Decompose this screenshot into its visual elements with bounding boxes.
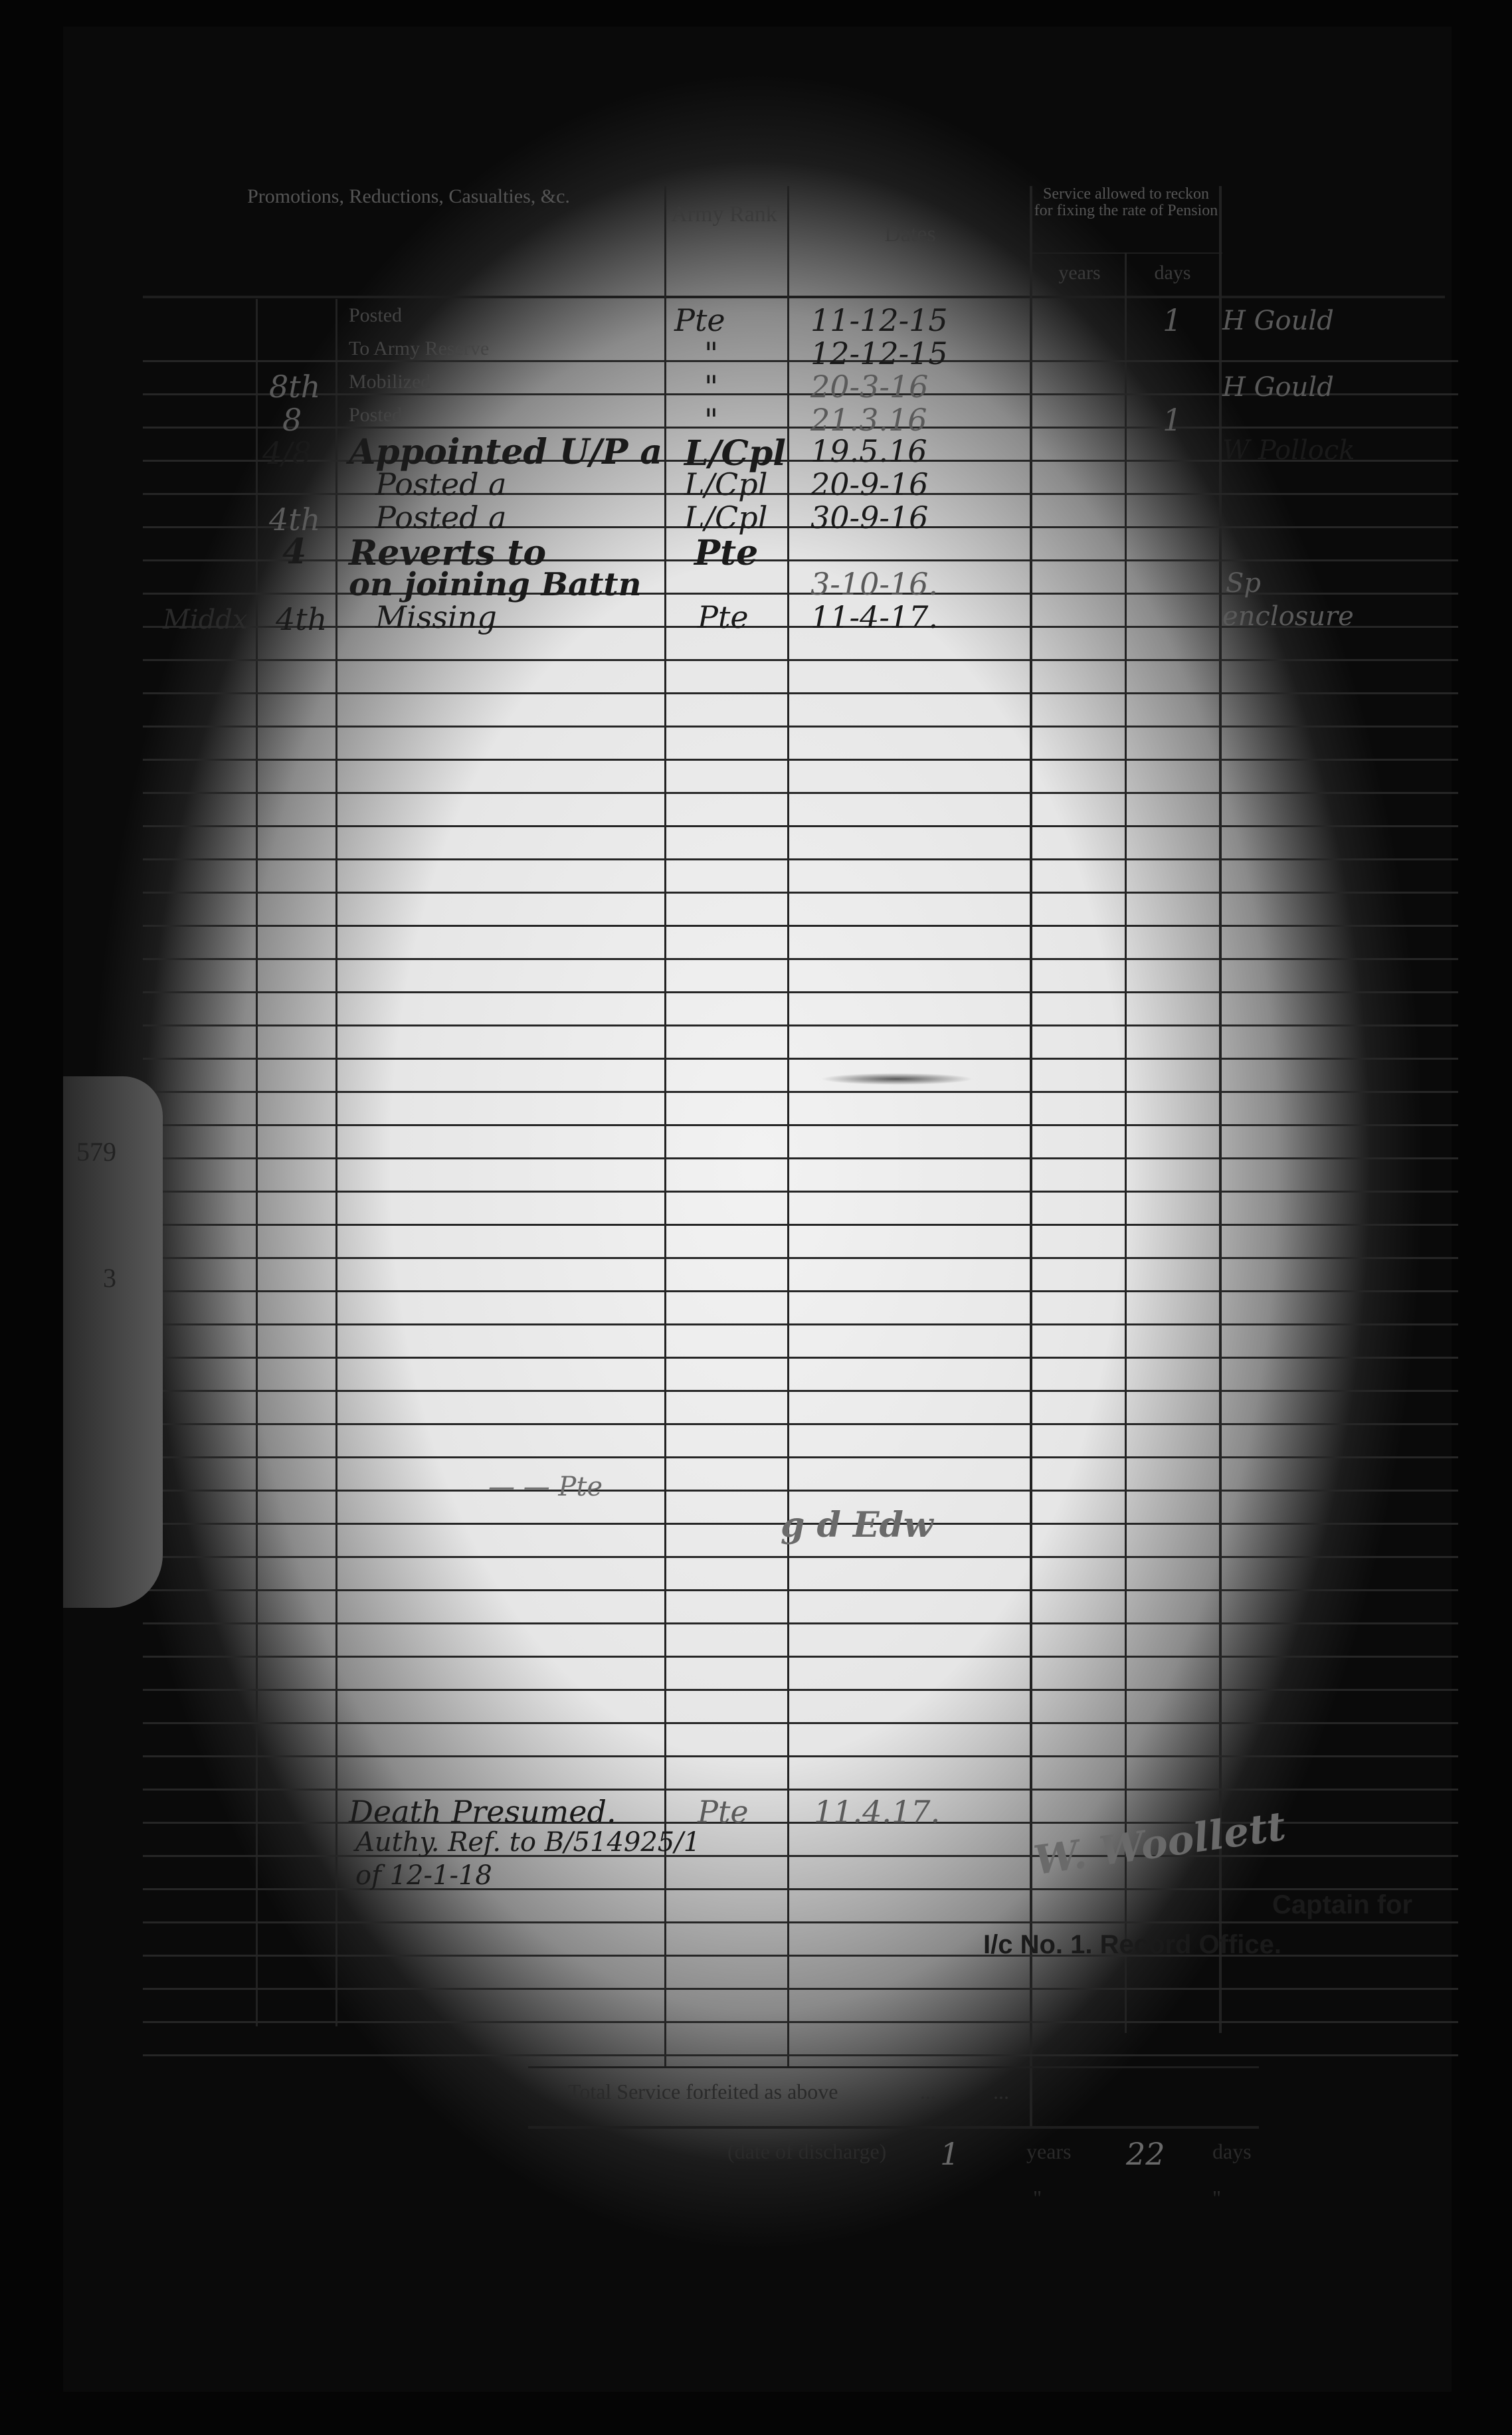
ink-smudge [820, 1073, 973, 1085]
header-years: years [1033, 262, 1126, 284]
entry-6-event: Posted a [375, 466, 507, 502]
entry-2-printed: To Army Reserve [349, 338, 489, 360]
discharge-label: (date of discharge) [727, 2139, 886, 2164]
entry-4-rank: " [704, 402, 718, 438]
entry-5-unit: 4/8 [262, 435, 312, 471]
entry-7-rank: L/Cpl [684, 500, 767, 536]
entry-10-date: 11-4-17. [810, 599, 938, 635]
header-event: Promotions, Reductions, Casualties, &c. [149, 186, 668, 207]
forfeited-dots-2: ... [993, 2080, 1009, 2104]
footer-rule-2 [528, 2126, 1259, 2129]
entry-10-unit: 4th [276, 601, 327, 637]
entry-4-days: 1 [1163, 402, 1182, 438]
entry-10-rank: Pte [698, 599, 749, 635]
entry-3-date: 20-3-16 [810, 369, 928, 405]
header-rank: Army Rank [664, 203, 784, 227]
entry-1-printed: Posted [349, 304, 402, 327]
faint-entry-left: — — Pte [488, 1472, 603, 1502]
margin-stamp-2: 3 [103, 1262, 116, 1294]
entry-8-unit: 4 [282, 532, 306, 572]
entry-7-event: Posted a [375, 500, 507, 536]
header-dates: Dates [791, 223, 1030, 246]
entry-3-signature: H Gould [1222, 372, 1334, 403]
entry-7-date: 30-9-16 [810, 500, 928, 536]
entry-3-rank: " [704, 369, 718, 405]
discharge-days-value: 22 [1126, 2136, 1165, 2172]
entry-2-rank: " [704, 336, 718, 371]
header-service-allowed: Service allowed to reckon for fixing the… [1033, 186, 1219, 219]
death-rank: Pte [698, 1794, 749, 1830]
entry-10-signature: enclosure [1222, 601, 1354, 632]
footer-rule-1 [528, 2066, 1259, 2068]
entry-1-rank: Pte [674, 302, 725, 338]
entry-4-date: 21.3.16 [810, 402, 927, 438]
death-event-line1: Death Presumed. [349, 1794, 616, 1830]
death-event-line3: of 12-1-18 [355, 1860, 492, 1891]
margin-stamp: 579 [76, 1136, 116, 1167]
entry-9-signature: Sp [1226, 568, 1261, 599]
service-record-page: Promotions, Reductions, Casualties, &c. … [63, 27, 1452, 2392]
death-date: 11.4.17. [814, 1794, 940, 1830]
discharge-years-value: 1 [940, 2136, 959, 2172]
forfeited-label: Total Service forfeited as above [568, 2080, 838, 2104]
entry-10-event: Missing [375, 599, 497, 635]
ditto-1: " [1033, 2186, 1042, 2210]
entry-3-printed: Mobilized [349, 371, 430, 393]
entry-3-unit: 8th [269, 369, 320, 405]
entry-4-unit: 8 [282, 402, 302, 438]
entry-1-signature: H Gould [1222, 306, 1334, 336]
discharge-days-label: days [1212, 2139, 1252, 2164]
header-days: days [1126, 262, 1219, 284]
entry-10-margin: Middx [163, 605, 248, 635]
entry-6-date: 20-9-16 [810, 466, 928, 502]
entry-4-printed: Posted [349, 404, 402, 427]
entry-5-date: 19.5.16 [810, 433, 927, 469]
entry-1-date: 11-12-15 [810, 302, 948, 338]
ditto-2: " [1212, 2186, 1221, 2210]
death-event-line2: Authy. Ref. to B/514925/1 [355, 1827, 700, 1858]
entry-9-date: 3-10-16. [810, 566, 938, 602]
faint-entry-middle: g d Edw [781, 1505, 933, 1545]
entry-8-rank: Pte [694, 533, 758, 573]
header-rule [143, 296, 1445, 298]
entry-2-date: 12-12-15 [810, 336, 948, 371]
entry-1-days: 1 [1163, 302, 1182, 338]
officer-title: Captain for [1272, 1890, 1412, 1920]
entry-6-rank: L/Cpl [684, 466, 767, 502]
entry-5-signature: W Pollock [1222, 435, 1355, 466]
forfeited-dots-1: ... [920, 2080, 936, 2104]
record-office-stamp: I/c No. 1. Record Office. [983, 1930, 1281, 1960]
entry-9-event: on joining Battn [349, 566, 641, 603]
discharge-years-label: years [1026, 2139, 1072, 2164]
